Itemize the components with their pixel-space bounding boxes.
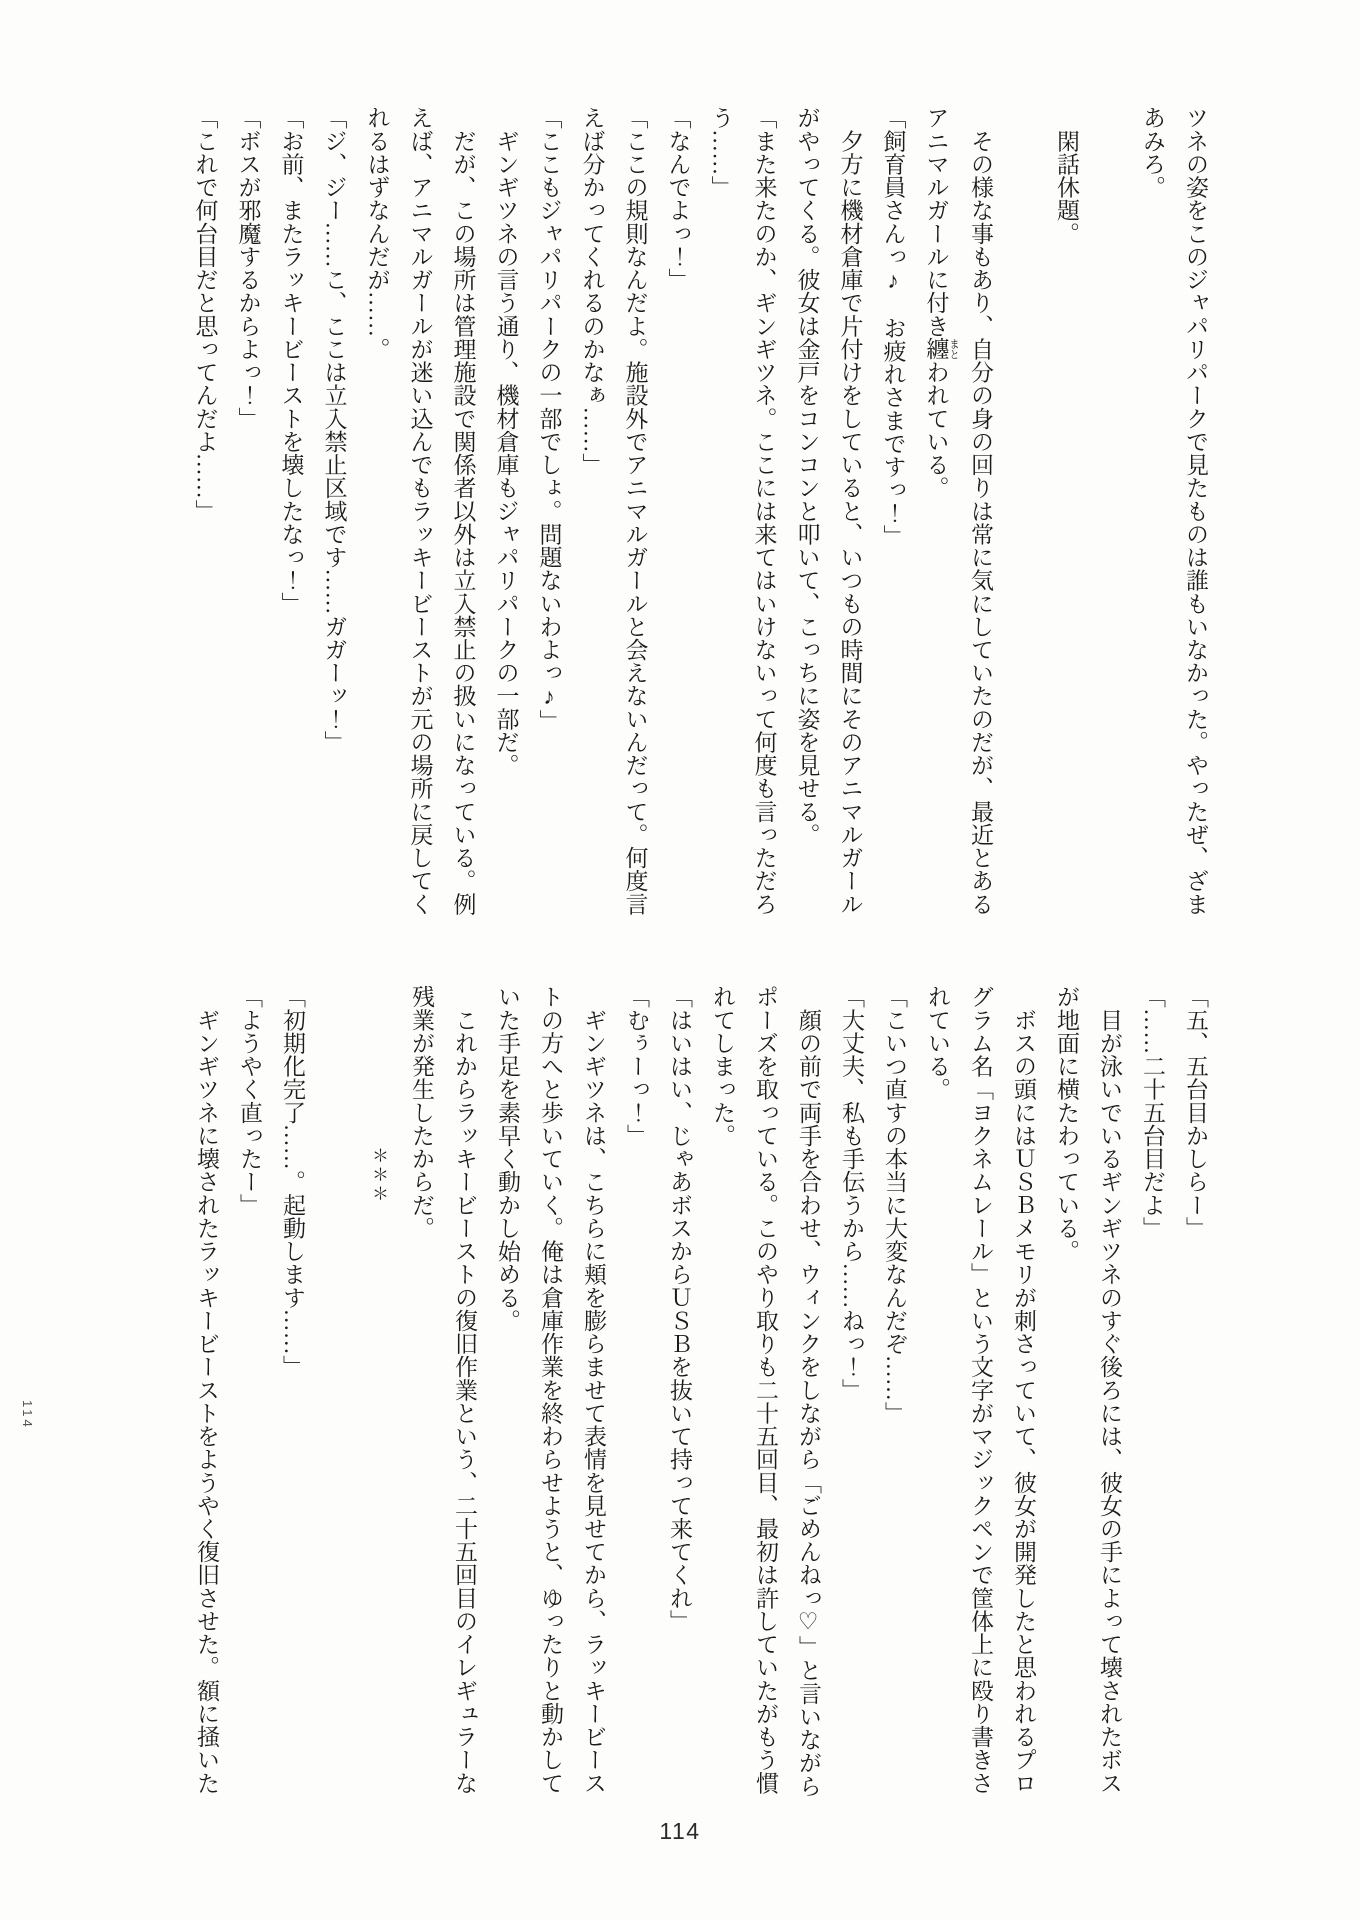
text-line: えば、アニマルガールが迷い込んでもラッキービーストが元の場所に戻してく	[399, 106, 442, 916]
text-line: 夕方に機材倉庫で片付けをしていると、いつもの時間にそのアニマルガール	[829, 106, 872, 916]
text-line: 「お前、またラッキービーストを壊したなっ！」	[270, 106, 313, 916]
text-line: トの方へと歩いていく。俺は倉庫作業を終わらせようと、ゆったりと動かして	[529, 985, 572, 1795]
text-line: 「五、五台目かしらー」	[1174, 985, 1217, 1795]
text-line: 「大丈夫、私も手伝うから……ねっ！」	[830, 985, 873, 1795]
text-line: れてしまった。	[701, 985, 744, 1795]
text-line	[314, 985, 357, 1795]
text-line: 「はいはい、じゃあボスからＵＳＢを抜いて持って来てくれ」	[658, 985, 701, 1795]
text-line: がやってくる。彼女は金戸をコンコンと叩いて、こっちに姿を見せる。	[786, 106, 829, 916]
text-line: 「ようやく直ったー」	[228, 985, 271, 1795]
lower-text-band: 「五、五台目かしらー」「……二十五台目だよ」 目が泳いでいるギンギツネのすぐ後ろ…	[185, 985, 1217, 1795]
text-line: が地面に横たわっている。	[1045, 985, 1088, 1795]
text-line: れている。	[916, 985, 959, 1795]
text-line	[1002, 106, 1045, 916]
ruby-annotated-text: 纏まと	[924, 337, 949, 360]
text-line	[1088, 106, 1131, 916]
text-line: これからラッキービーストの復旧作業という、二十五回目のイレギュラーな	[443, 985, 486, 1795]
text-line: えば分かってくれるのかなぁ……」	[571, 106, 614, 916]
text-line: う……」	[700, 106, 743, 916]
text-line: ギンギツネは、こちらに頬を膨らませて表情を見せてから、ラッキービース	[572, 985, 615, 1795]
text-line: グラム名「ヨクネムレール」という文字がマジックペンで筐体上に殴り書きさ	[959, 985, 1002, 1795]
text-line: ボスの頭にはＵＳＢメモリが刺さっていて、彼女が開発したと思われるプロ	[1002, 985, 1045, 1795]
text-line: ギンギツネに壊されたラッキービーストをようやく復旧させた。額に掻いた	[185, 985, 228, 1795]
text-line: アニマルガールに付き纏まとわれている。	[915, 106, 960, 916]
text-line: 「ボスが邪魔するからよっ！」	[227, 106, 270, 916]
upper-text-band: ツネの姿をこのジャパリパークで見たものは誰もいなかった。やったぜ、ざまあみろ。 …	[184, 106, 1218, 916]
text-line: 閑話休題。	[1045, 106, 1088, 916]
text-line: 「飼育員さんっ♪ お疲れさまですっ！」	[872, 106, 915, 916]
text-line: 「ここもジャパリパークの一部でしょ。問題ないわよっ♪」	[528, 106, 571, 916]
text-line: ツネの姿をこのジャパリパークで見たものは誰もいなかった。やったぜ、ざま	[1174, 106, 1217, 916]
text-line: 「むぅーっ！」	[615, 985, 658, 1795]
text-line: 「ジ、ジー……こ、ここは立入禁止区域です……ガガーッ！」	[313, 106, 356, 916]
text-line: あみろ。	[1131, 106, 1174, 916]
text-line: いた手足を素早く動かし始める。	[486, 985, 529, 1795]
text-line: だが、この場所は管理施設で関係者以外は立入禁止の扱いになっている。例	[442, 106, 485, 916]
text-segment: アニマルガールに付き	[924, 106, 949, 337]
text-line: ギンギツネの言う通り、機材倉庫もジャパリパークの一部だ。	[485, 106, 528, 916]
text-line: 目が泳いでいるギンギツネのすぐ後ろには、彼女の手によって壊されたボス	[1088, 985, 1131, 1795]
text-line: れるはずなんだが……。	[356, 106, 399, 916]
book-page: { "page": { "footer_page_number": "114",…	[0, 0, 1360, 1920]
text-line: 顔の前で両手を合わせ、ウィンクをしながら「ごめんねっ♡」と言いながら	[787, 985, 830, 1795]
text-line: その様な事もあり、自分の身の回りは常に気にしていたのだが、最近とある	[959, 106, 1002, 916]
text-line: ＊＊＊	[357, 985, 400, 1795]
page-number-margin: 114	[20, 1400, 35, 1430]
text-line: ポーズを取っている。このやり取りも二十五回目、最初は許していたがもう慣	[744, 985, 787, 1795]
text-line: 「初期化完了……。起動します……」	[271, 985, 314, 1795]
page-number-footer: 114	[0, 1818, 1360, 1845]
text-line: 「これで何台目だと思ってんだよ……」	[184, 106, 227, 916]
text-line: 残業が発生したからだ。	[400, 985, 443, 1795]
text-line: 「こいつ直すの本当に大変なんだぞ……」	[873, 985, 916, 1795]
text-line: 「……二十五台目だよ」	[1131, 985, 1174, 1795]
text-line: 「また来たのか、ギンギツネ。ここには来てはいけないって何度も言っただろ	[743, 106, 786, 916]
text-line: 「なんでよっ！」	[657, 106, 700, 916]
text-segment	[366, 985, 391, 1147]
section-break-asterisks: ＊＊＊	[369, 1147, 388, 1204]
text-line: 「ここの規則なんだよ。施設外でアニマルガールと会えないんだって。何度言	[614, 106, 657, 916]
text-segment: われている。	[924, 360, 949, 499]
page: ツネの姿をこのジャパリパークで見たものは誰もいなかった。やったぜ、ざまあみろ。 …	[0, 0, 1360, 1920]
